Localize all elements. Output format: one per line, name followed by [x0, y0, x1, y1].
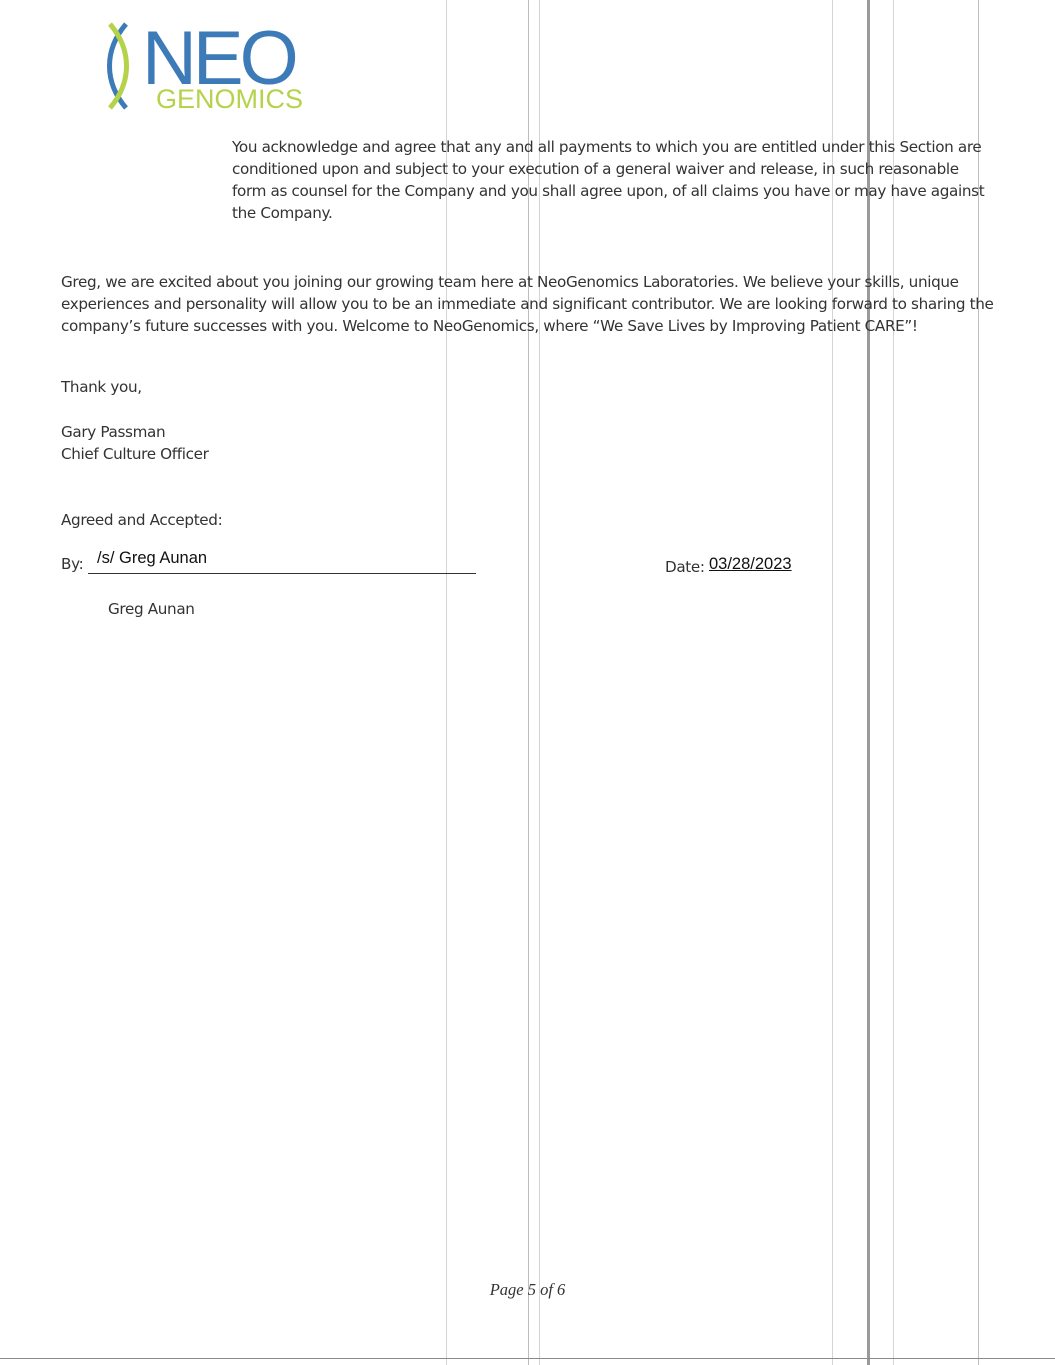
- salutation: Thank you,: [61, 376, 142, 398]
- page-edge: [0, 1358, 1055, 1359]
- signature-field[interactable]: /s/ Greg Aunan: [97, 549, 207, 568]
- date-label: Date:: [665, 556, 705, 578]
- date-field[interactable]: 03/28/2023: [709, 555, 792, 574]
- signer-name: Gary Passman: [61, 421, 165, 443]
- company-logo: NEO GENOMICS: [106, 20, 326, 112]
- signature-line: [88, 573, 476, 574]
- svg-text:GENOMICS: GENOMICS: [156, 84, 303, 112]
- welcome-paragraph: Greg, we are excited about you joining o…: [61, 271, 996, 337]
- by-label: By:: [61, 553, 83, 575]
- document-page: NEO GENOMICS You acknowledge and agree t…: [0, 0, 1055, 1365]
- page-number: Page 5 of 6: [0, 1280, 1055, 1300]
- acceptance-heading: Agreed and Accepted:: [61, 509, 222, 531]
- dna-helix-icon: NEO GENOMICS: [106, 20, 326, 112]
- waiver-paragraph: You acknowledge and agree that any and a…: [232, 136, 992, 224]
- printed-name: Greg Aunan: [108, 598, 195, 620]
- signer-title: Chief Culture Officer: [61, 443, 209, 465]
